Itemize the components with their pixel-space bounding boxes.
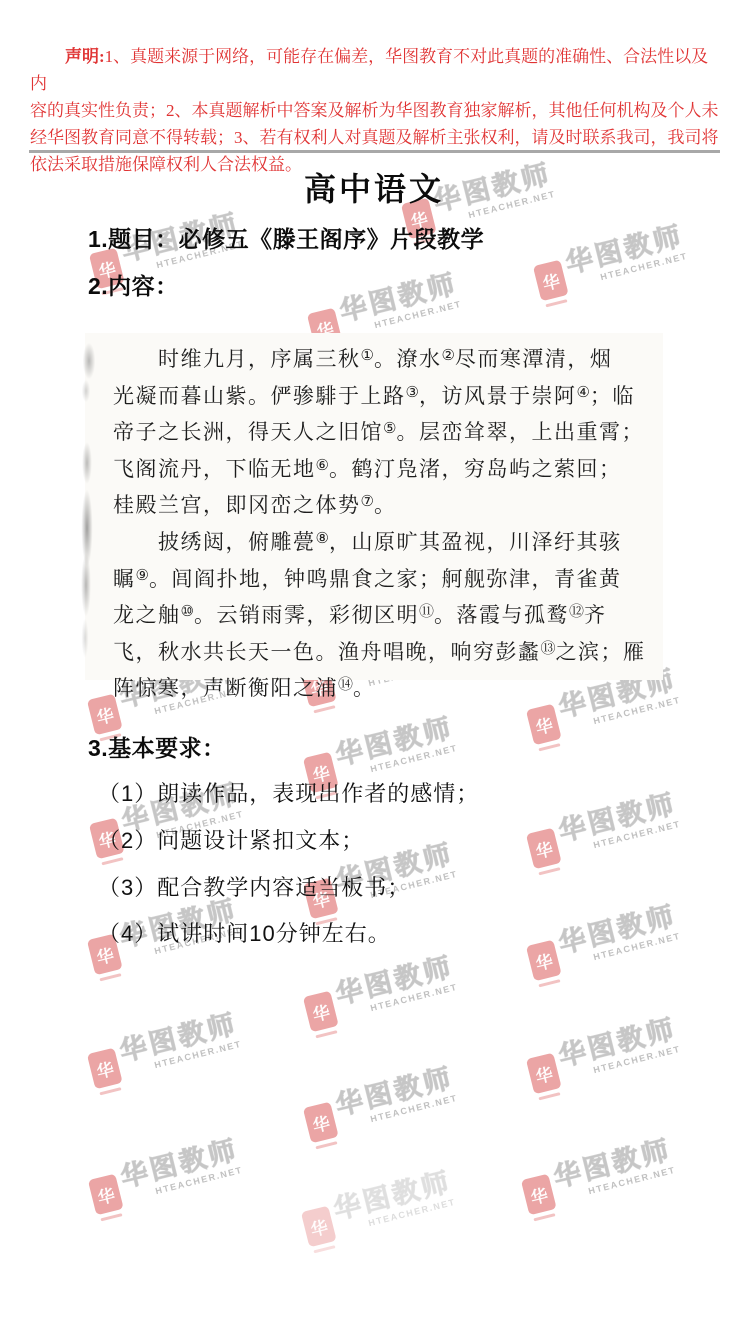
huatu-logo-icon: 华: [89, 248, 125, 290]
scan-line: 时维九月，序属三秋①。潦水②尽而寒潭清，烟: [113, 343, 657, 380]
watermark: 华华图教师HTEACHER.NET: [529, 210, 708, 307]
disclaimer-line: 经华图教育同意不得转载；3、若有权利人对真题及解析主张权利，请及时联系我司，我司…: [30, 124, 722, 151]
question-heading: 1.题目：必修五《滕王阁序》片段教学: [88, 221, 484, 254]
section-divider: [29, 150, 720, 153]
content-heading: 2.内容：: [88, 268, 179, 301]
huatu-logo-icon: 华: [303, 878, 339, 920]
scan-line: 披绣闼，俯雕甍⑧，山原旷其盈视，川泽纡其骇: [113, 526, 657, 563]
watermark: 华华图教师HTEACHER.NET: [85, 198, 264, 295]
watermark-domain: HTEACHER.NET: [467, 189, 557, 220]
huatu-logo-icon: 华: [89, 818, 125, 860]
requirement-item: （2）问题设计紧扣文本；: [98, 824, 364, 855]
document-page: { "disclaimer": { "prefix": "声明:", "line…: [0, 0, 748, 1335]
scan-line: 龙之舳⑩。云销雨霁，彩彻区明⑪。落霞与孤鹜⑫齐: [113, 599, 657, 636]
disclaimer-line: 声明:1、真题来源于网络，可能存在偏差，华图教育不对此真题的准确性、合法性以及内: [30, 43, 722, 97]
watermark-brand: 华图教师: [429, 152, 555, 219]
huatu-logo-icon: 华: [88, 1174, 124, 1216]
watermark: 华华图教师HTEACHER.NET: [517, 1124, 696, 1221]
watermark: 华华图教师HTEACHER.NET: [85, 768, 264, 865]
scan-line: 桂殿兰宫，即冈峦之体势⑦。: [113, 489, 657, 526]
huatu-logo-icon: 华: [303, 991, 339, 1033]
scan-line: 瞩⑨。闾阎扑地，钟鸣鼎食之家；舸舰弥津，青雀黄: [113, 563, 657, 600]
scan-line: 飞阁流丹，下临无地⑥。鹤汀凫渚，穷岛屿之萦回；: [113, 453, 657, 490]
scan-line: 飞，秋水共长天一色。渔舟唱晚，响穷彭蠡⑬之滨；雁: [113, 636, 657, 673]
watermark: 华华图教师HTEACHER.NET: [299, 1052, 478, 1149]
huatu-logo-icon: 华: [521, 1174, 557, 1216]
huatu-logo-icon: 华: [526, 704, 562, 746]
watermark: 华华图教师HTEACHER.NET: [299, 702, 478, 799]
huatu-logo-icon: 华: [526, 940, 562, 982]
watermark: 华华图教师HTEACHER.NET: [299, 941, 478, 1038]
disclaimer-line: 依法采取措施保障权利人合法权益。: [30, 151, 722, 178]
requirements-heading: 3.基本要求：: [88, 730, 226, 763]
watermark: 华华图教师HTEACHER.NET: [299, 828, 478, 925]
scan-text-block: 时维九月，序属三秋①。潦水②尽而寒潭清，烟 光凝而暮山紫。俨骖騑于上路③，访风景…: [113, 343, 657, 709]
huatu-logo-icon: 华: [87, 934, 123, 976]
disclaimer-prefix: 声明:: [65, 47, 105, 66]
huatu-logo-icon: 华: [401, 198, 437, 240]
huatu-logo-icon: 华: [87, 1048, 123, 1090]
disclaimer-line: 容的真实性负责；2、本真题解析中答案及解析为华图教育独家解析，其他任何机构及个人…: [30, 97, 722, 124]
page-title: 高中语文: [0, 164, 748, 210]
requirement-item: （1）朗读作品，表现出作者的感情；: [98, 777, 479, 808]
scan-line: 光凝而暮山紫。俨骖騑于上路③，访风景于崇阿④；临: [113, 380, 657, 417]
watermark: 华华图教师HTEACHER.NET: [83, 998, 262, 1095]
requirement-item: （3）配合教学内容适当板书；: [98, 871, 410, 902]
huatu-logo-icon: 华: [303, 752, 339, 794]
scan-image-tengwanggexu: 时维九月，序属三秋①。潦水②尽而寒潭清，烟 光凝而暮山紫。俨骖騑于上路③，访风景…: [85, 333, 663, 680]
huatu-logo-icon: 华: [526, 828, 562, 870]
huatu-logo-icon: 华: [303, 1102, 339, 1144]
huatu-logo-icon: 华: [533, 260, 569, 302]
watermark: 华华图教师HTEACHER.NET: [84, 1124, 263, 1221]
scan-book-spine-artifact: [79, 333, 101, 680]
scan-line: 帝子之长洲，得天人之旧馆⑤。层峦耸翠，上出重霄；: [113, 416, 657, 453]
watermark: 华华图教师HTEACHER.NET: [522, 890, 701, 987]
huatu-logo-icon: 华: [526, 1053, 562, 1095]
requirement-item: （4）试讲时间10分钟左右。: [98, 917, 391, 948]
scan-line: 阵惊寒，声断衡阳之浦⑭。: [113, 672, 657, 709]
watermark: 华华图教师HTEACHER.NET: [297, 1156, 476, 1253]
watermark: 华华图教师HTEACHER.NET: [83, 884, 262, 981]
watermark: 华华图教师HTEACHER.NET: [522, 778, 701, 875]
disclaimer: 声明:1、真题来源于网络，可能存在偏差，华图教育不对此真题的准确性、合法性以及内…: [30, 43, 722, 178]
watermark: 华华图教师HTEACHER.NET: [522, 1003, 701, 1100]
huatu-logo-icon: 华: [301, 1206, 337, 1248]
watermark: 华华图教师HTEACHER.NET: [397, 148, 576, 245]
